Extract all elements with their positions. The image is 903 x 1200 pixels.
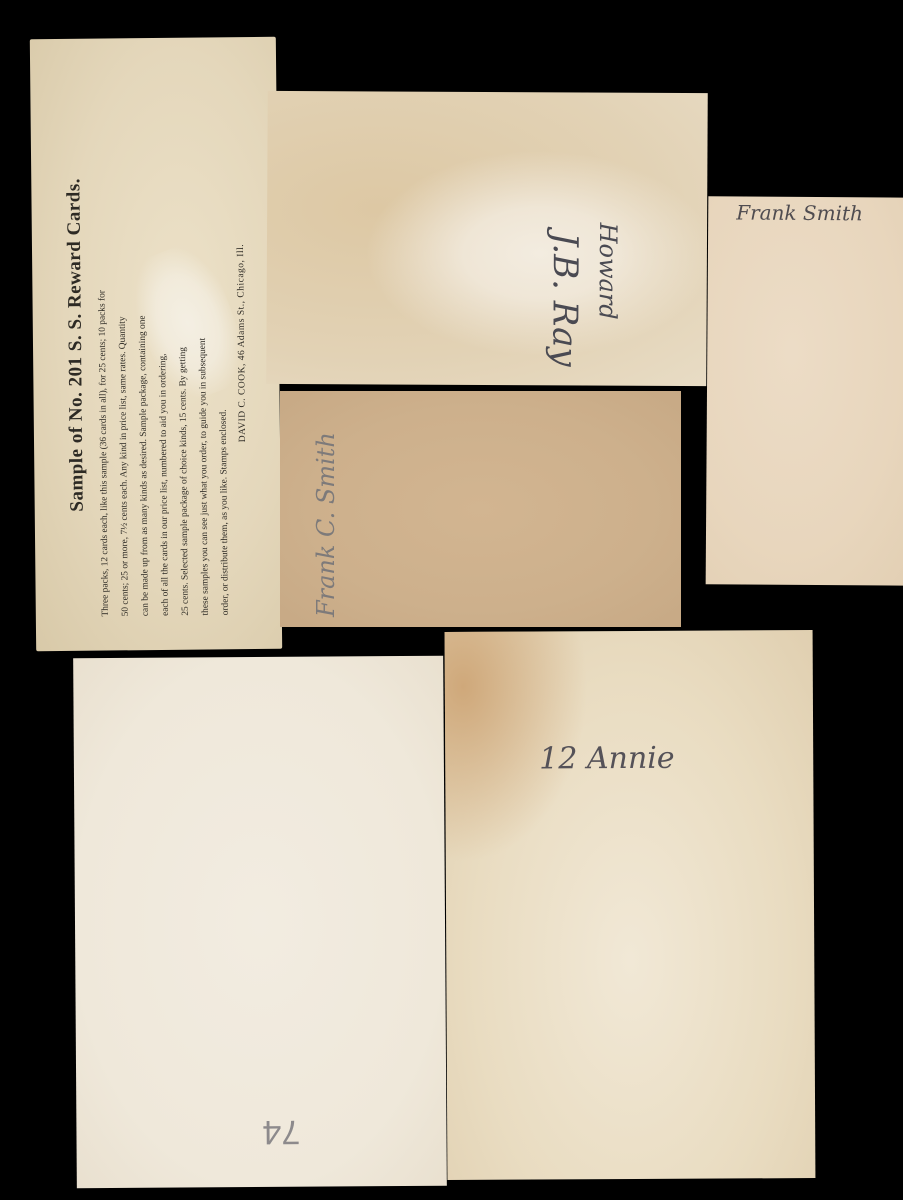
handwriting-74: 74 <box>262 1112 300 1151</box>
card-body-text: Three packs, 12 cards each, like this sa… <box>90 63 236 624</box>
handwriting-jb-ray: J.B. Ray <box>544 232 585 366</box>
handwriting-howard: Howard <box>594 223 623 320</box>
card-title: Sample of No. 201 S. S. Reward Cards. <box>62 65 90 625</box>
reward-card-printed: Sample of No. 201 S. S. Reward Cards. Th… <box>30 37 282 652</box>
handwriting-12-annie: 12 Annie <box>539 741 675 777</box>
card-back-frank-c-smith: Frank C. Smith <box>280 391 681 627</box>
handwriting-frank-smith: Frank Smith <box>736 200 863 225</box>
card-back-12-annie: 12 Annie <box>445 630 816 1180</box>
handwriting-frank-c-smith: Frank C. Smith <box>312 432 340 617</box>
card-footer-address: DAVID C. COOK, 46 Adams St., Chicago, Il… <box>234 63 250 623</box>
body-line: order, or distribute them, as you like. … <box>210 71 236 615</box>
card-back-74: 74 <box>73 656 447 1189</box>
card-back-howard-ray: Howard J.B. Ray <box>266 91 708 386</box>
rotated-text-block: Sample of No. 201 S. S. Reward Cards. Th… <box>62 63 250 625</box>
card-back-frank-smith: Frank Smith <box>706 196 903 585</box>
